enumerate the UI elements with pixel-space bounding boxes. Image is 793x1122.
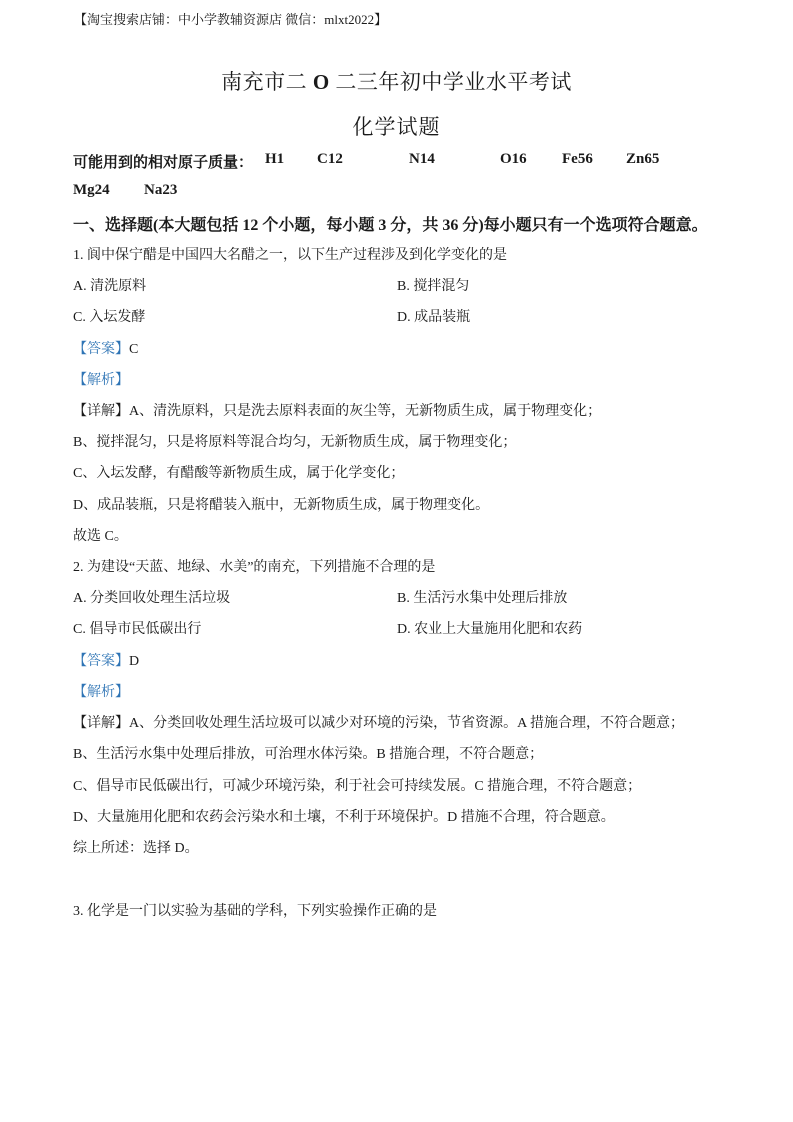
question-1-answer: 【答案】C [73, 338, 138, 358]
question-1-conclusion: 故选 C。 [73, 525, 128, 545]
element-mass: Mg24 [73, 182, 110, 199]
question-2-option-a: A. 分类回收处理生活垃圾 [73, 587, 230, 607]
atomic-mass-line-1: 可能用到的相对原子质量： H1 C12 N14 O16 Fe56 Zn65 [73, 151, 723, 171]
exam-title-part1: 南充市二 [221, 70, 313, 94]
exam-subtitle: 化学试题 [0, 111, 793, 141]
answer-tag: 【答案】 [73, 654, 129, 669]
element-mass: Na23 [144, 182, 177, 199]
element-mass: O16 [500, 151, 527, 168]
question-2-analysis-tag: 【解析】 [73, 681, 129, 701]
question-1-option-a: A. 清洗原料 [73, 275, 146, 295]
question-2-option-d: D. 农业上大量施用化肥和农药 [397, 618, 582, 638]
question-2-option-c: C. 倡导市民低碳出行 [73, 618, 201, 638]
element-mass: H1 [265, 151, 284, 168]
detail-text: A、分类回收处理生活垃圾可以减少对环境的污染，节省资源。A 措施合理，不符合题意… [129, 716, 684, 731]
exam-title: 南充市二 O 二三年初中学业水平考试 [0, 66, 793, 96]
question-1-detail-2: B、搅拌混匀，只是将原料等混合均匀，无新物质生成，属于物理变化； [73, 431, 516, 451]
element-mass: C12 [317, 151, 343, 168]
question-2-answer: 【答案】D [73, 650, 139, 670]
question-1-option-c: C. 入坛发酵 [73, 306, 145, 326]
answer-tag: 【答案】 [73, 342, 129, 357]
question-1-detail-3: C、入坛发酵，有醋酸等新物质生成，属于化学变化； [73, 462, 404, 482]
watermark-text: 【淘宝搜索店铺：中小学教辅资源店 微信：mlxt2022】 [74, 9, 387, 28]
question-2-stem: 2. 为建设“天蓝、地绿、水美”的南充，下列措施不合理的是 [73, 556, 435, 576]
question-2-detail-2: B、生活污水集中处理后排放，可治理水体污染。B 措施合理，不符合题意； [73, 743, 543, 763]
question-3-stem: 3. 化学是一门以实验为基础的学科，下列实验操作正确的是 [73, 900, 437, 920]
question-2-detail-4: D、大量施用化肥和农药会污染水和土壤，不利于环境保护。D 措施不合理，符合题意。 [73, 806, 615, 826]
element-mass: Fe56 [562, 151, 593, 168]
question-2-conclusion: 综上所述：选择 D。 [73, 837, 199, 857]
question-2-detail-3: C、倡导市民低碳出行，可减少环境污染，利于社会可持续发展。C 措施合理，不符合题… [73, 775, 641, 795]
detail-text: A、清洗原料，只是洗去原料表面的灰尘等，无新物质生成，属于物理变化； [129, 404, 601, 419]
detail-tag: 【详解】 [73, 716, 129, 731]
question-1-stem: 1. 阆中保宁醋是中国四大名醋之一，以下生产过程涉及到化学变化的是 [73, 244, 507, 264]
question-2-detail-1: 【详解】A、分类回收处理生活垃圾可以减少对环境的污染，节省资源。A 措施合理，不… [73, 712, 684, 732]
question-1-detail-4: D、成品装瓶，只是将醋装入瓶中，无新物质生成，属于物理变化。 [73, 494, 489, 514]
atomic-mass-label: 可能用到的相对原子质量： [73, 151, 253, 172]
atomic-mass-line-2: Mg24 Na23 [73, 182, 373, 202]
exam-title-part2: 二三年初中学业水平考试 [330, 70, 572, 94]
detail-tag: 【详解】 [73, 404, 129, 419]
question-1-option-d: D. 成品装瓶 [397, 306, 470, 326]
question-1-analysis-tag: 【解析】 [73, 369, 129, 389]
question-1-option-b: B. 搅拌混匀 [397, 275, 469, 295]
section-heading: 一、选择题(本大题包括 12 个小题，每小题 3 分，共 36 分)每小题只有一… [73, 212, 708, 235]
document-page: 【淘宝搜索店铺：中小学教辅资源店 微信：mlxt2022】 南充市二 O 二三年… [0, 0, 793, 1122]
exam-title-o: O [313, 70, 330, 94]
answer-value: D [129, 654, 139, 669]
question-1-detail-1: 【详解】A、清洗原料，只是洗去原料表面的灰尘等，无新物质生成，属于物理变化； [73, 400, 601, 420]
element-mass: Zn65 [626, 151, 659, 168]
answer-value: C [129, 342, 138, 357]
element-mass: N14 [409, 151, 435, 168]
question-2-option-b: B. 生活污水集中处理后排放 [397, 587, 567, 607]
